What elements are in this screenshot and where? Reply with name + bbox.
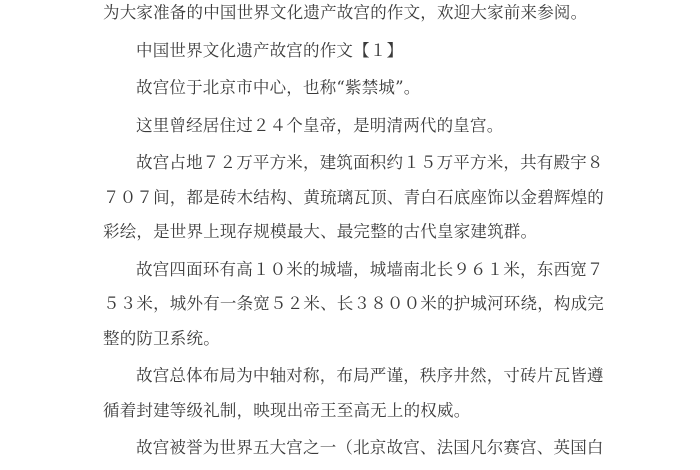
text-line: ５３米，城外有一条宽５２米、长３８００米的护城河环绕，构成完 <box>103 287 633 322</box>
paragraph: 中国世界文化遗产故宫的作文【１】 <box>103 34 633 69</box>
paragraph: 故宫总体布局为中轴对称，布局严谨，秩序井然，寸砖片瓦皆遵循着封建等级礼制，映现出… <box>103 359 633 428</box>
text-line: 中国世界文化遗产故宫的作文【１】 <box>103 34 633 69</box>
text-line: 故宫位于北京市中心，也称“紫禁城”。 <box>103 71 633 106</box>
text-line: 这里曾经居住过２４个皇帝，是明清两代的皇宫。 <box>103 109 633 144</box>
paragraph: 故宫被誉为世界五大宫之一（北京故宫、法国凡尔赛宫、英国白 <box>103 431 633 466</box>
paragraph: 故宫四面环有高１０米的城墙，城墙南北长９６１米，东西宽７５３米，城外有一条宽５２… <box>103 253 633 357</box>
paragraph: 故宫占地７２万平方米，建筑面积约１５万平方米，共有殿宇８７０７间，都是砖木结构、… <box>103 146 633 250</box>
text-line: 故宫总体布局为中轴对称，布局严谨，秩序井然，寸砖片瓦皆遵 <box>103 359 633 394</box>
text-line: 循着封建等级礼制，映现出帝王至高无上的权威。 <box>103 394 633 429</box>
text-line: 故宫四面环有高１０米的城墙，城墙南北长９６１米，东西宽７ <box>103 253 633 288</box>
text-line: 彩绘，是世界上现存规模最大、最完整的古代皇家建筑群。 <box>103 215 633 250</box>
paragraph: 故宫位于北京市中心，也称“紫禁城”。 <box>103 71 633 106</box>
paragraph: 为大家准备的中国世界文化遗产故宫的作文，欢迎大家前来参阅。 <box>103 0 633 31</box>
document-page: 为大家准备的中国世界文化遗产故宫的作文，欢迎大家前来参阅。中国世界文化遗产故宫的… <box>0 0 700 470</box>
text-line: 为大家准备的中国世界文化遗产故宫的作文，欢迎大家前来参阅。 <box>103 0 633 31</box>
text-line: 故宫被誉为世界五大宫之一（北京故宫、法国凡尔赛宫、英国白 <box>103 431 633 466</box>
text-line: 故宫占地７２万平方米，建筑面积约１５万平方米，共有殿宇８ <box>103 146 633 181</box>
document-body: 为大家准备的中国世界文化遗产故宫的作文，欢迎大家前来参阅。中国世界文化遗产故宫的… <box>103 0 633 466</box>
text-line: ７０７间，都是砖木结构、黄琉璃瓦顶、青白石底座饰以金碧辉煌的 <box>103 181 633 216</box>
text-line: 整的防卫系统。 <box>103 322 633 357</box>
paragraph: 这里曾经居住过２４个皇帝，是明清两代的皇宫。 <box>103 109 633 144</box>
